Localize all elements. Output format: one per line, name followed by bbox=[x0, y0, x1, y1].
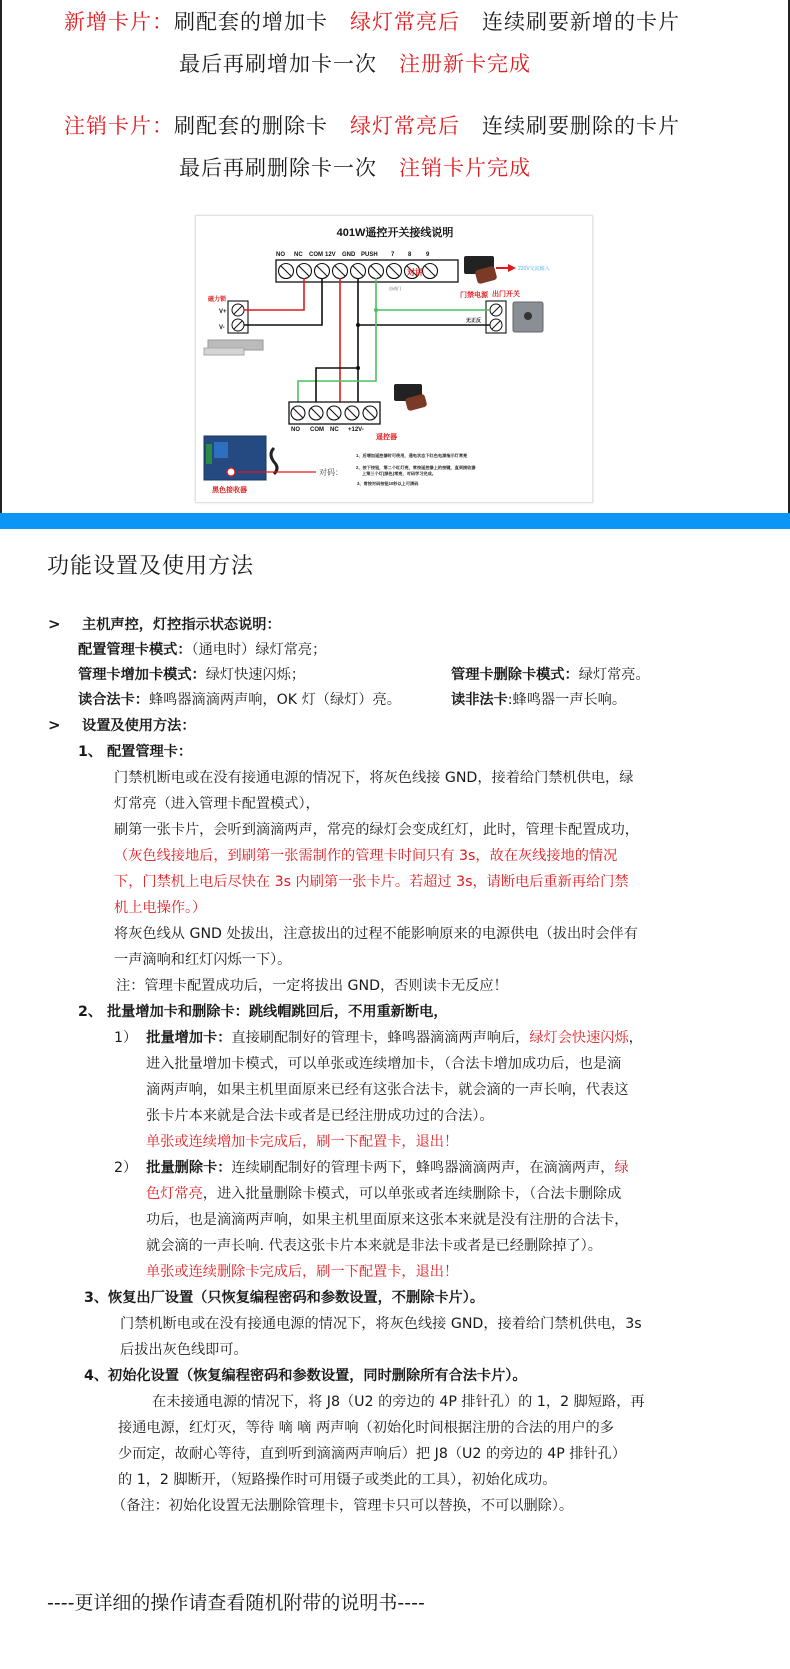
ac-input-label: 220V交流输入 bbox=[518, 265, 550, 272]
step2-sub2-line: 就会滴的一声长响. 代表这张卡片本来就是非法卡或者是已经删除掉了）。 bbox=[146, 1237, 602, 1255]
top-terminal-labels: NO NC COM 12V GND PUSH 7 8 9 bbox=[276, 252, 430, 258]
svg-text:2、按下按钮，第二个红灯亮，常按遥控器上的按键，直到接收器: 2、按下按钮，第二个红灯亮，常按遥控器上的按键，直到接收器 bbox=[356, 464, 476, 471]
svg-text:PUSH: PUSH bbox=[361, 252, 378, 258]
step1-warning: 机上电操作。） bbox=[114, 899, 206, 917]
step3-line: 后拔出灰色线即可。 bbox=[120, 1341, 248, 1359]
delete-card-rule-line2: 最后再刷删除卡一次注销卡片完成 bbox=[179, 154, 531, 182]
step2-sub2-exit: 单张或连续删除卡完成后，刷一下配置卡，退出！ bbox=[146, 1263, 458, 1281]
step2-title: 2、 批量增加卡和删除卡：跳线帽跳回后，不用重新断电， bbox=[78, 1003, 448, 1021]
svg-text:NC: NC bbox=[294, 252, 303, 258]
remote-label: 遥控器 bbox=[376, 432, 397, 441]
step2-sub1-line: 张卡片本来就是合法卡或者是已经注册成功过的合法）。 bbox=[146, 1107, 494, 1125]
svg-text:NO: NO bbox=[276, 252, 285, 258]
svg-text:8: 8 bbox=[408, 252, 412, 258]
usage-heading: 设置及使用方法： bbox=[82, 717, 196, 735]
add-card-step3: 最后再刷增加卡一次 bbox=[179, 50, 377, 78]
svg-text:7: 7 bbox=[391, 252, 395, 258]
add-card-highlight1: 绿灯常亮后 bbox=[350, 8, 460, 36]
arrow-icon bbox=[508, 264, 516, 272]
step1-line: 灯常亮（进入管理卡配置模式）， bbox=[114, 795, 320, 813]
step2-sub1-line1: 1） 批量增加卡：直接刷配制好的管理卡，蜂鸣器滴滴两声响后，绿灯会快速闪烁， bbox=[114, 1029, 643, 1047]
add-card-step1: 刷配套的增加卡 bbox=[174, 8, 328, 36]
svg-text:3、常按对码按钮10秒以上可清码: 3、常按对码按钮10秒以上可清码 bbox=[357, 480, 419, 487]
step4-line: 接通电源，红灯灭，等待 嘀 嘀 两声响（初始化时间根据注册的合法的用户的多 bbox=[118, 1419, 614, 1437]
add-card-step2: 连续刷要新增的卡片 bbox=[482, 8, 680, 36]
read-invalid-row: 读非法卡:蜂鸣器一声长响。 bbox=[451, 691, 626, 709]
step2-sub2-line: 功后，也是滴滴两声响，如果主机里面原来这张本来就是没有注册的合法卡， bbox=[146, 1211, 628, 1229]
step1-warning: 下，门禁机上电后尽快在 3s 内刷第一张卡片。若超过 3s，请断电后重新再给门禁 bbox=[114, 873, 629, 891]
add-card-label: 新增卡片： bbox=[64, 8, 174, 36]
wiring-diagram: 401W遥控开关接线说明 NO NC COM 12V GND PUSH 7 8 … bbox=[195, 215, 593, 503]
add-mode-row: 管理卡增加卡模式：绿灯快速闪烁； bbox=[78, 666, 305, 684]
delete-mode-row: 管理卡删除卡模式：绿灯常亮。 bbox=[451, 666, 650, 684]
step3-title: 3、恢复出厂设置（只恢复编程密码和参数设置，不删除卡片）。 bbox=[84, 1289, 484, 1307]
bullet-arrow-icon: > bbox=[48, 615, 61, 633]
svg-text:COM: COM bbox=[310, 427, 324, 433]
delete-card-highlight1: 绿灯常亮后 bbox=[350, 112, 460, 140]
delete-card-label: 注销卡片： bbox=[64, 112, 174, 140]
section-divider-band bbox=[0, 513, 790, 529]
add-card-rule-line2: 最后再刷增加卡一次注册新卡完成 bbox=[179, 50, 531, 78]
delete-card-step2: 连续刷要删除的卡片 bbox=[482, 112, 680, 140]
svg-text:9: 9 bbox=[426, 252, 430, 258]
pair-label: 对码： bbox=[319, 467, 343, 477]
svg-text:V-: V- bbox=[219, 325, 225, 331]
svg-text:1、后增加遥控器时可使用，通电状态下红色电源指示灯常亮: 1、后增加遥控器时可使用，通电状态下红色电源指示灯常亮 bbox=[356, 452, 468, 459]
footer-note: ----更详细的操作请查看随机附带的说明书---- bbox=[47, 1590, 425, 1616]
svg-text:上第三个灯(绿色)常亮，对码学习完成。: 上第三个灯(绿色)常亮，对码学习完成。 bbox=[362, 470, 436, 477]
step1-line: 门禁机断电或在没有接通电源的情况下，将灰色线接 GND，接着给门禁机供电，绿 bbox=[114, 769, 633, 787]
read-valid-row: 读合法卡：蜂鸣器滴滴两声响，OK 灯（绿灯）亮。 bbox=[78, 691, 401, 709]
svg-text:NC: NC bbox=[330, 427, 339, 433]
step1-line: 刷第一张卡片，会听到滴滴两声，常亮的绿灯会变成红灯，此时，管理卡配置成功， bbox=[114, 821, 639, 839]
svg-text:GND: GND bbox=[342, 252, 356, 258]
step1-after: 将灰色线从 GND 处拔出，注意拔出的过程不能影响原来的电源供电（拔出时会伴有 bbox=[114, 925, 638, 943]
svg-text:12V: 12V bbox=[325, 252, 336, 258]
step4-line: 在未接通电源的情况下，将 J8（U2 的旁边的 4P 排针孔）的 1，2 脚短路… bbox=[152, 1393, 645, 1411]
step2-sub2-line1: 2） 批量删除卡：连续刷配制好的管理卡两下，蜂鸣器滴滴两声，在滴滴两声，绿 bbox=[114, 1159, 629, 1177]
section-title: 功能设置及使用方法 bbox=[47, 552, 254, 582]
step3-line: 门禁机断电或在没有接通电源的情况下，将灰色线接 GND，接着给门禁机供电，3s bbox=[120, 1315, 642, 1333]
step4-line: 少而定，故耐心等待，直到听到滴滴两声响后）把 J8（U2 的旁边的 4P 排针孔… bbox=[118, 1445, 626, 1463]
svg-text:+12V-: +12V- bbox=[348, 427, 364, 433]
delete-card-step3: 最后再刷删除卡一次 bbox=[179, 154, 377, 182]
bottom-terminal-labels: NO COM NC +12V- bbox=[291, 427, 364, 433]
config-mode-row: 配置管理卡模式：（通电时）绿灯常亮； bbox=[78, 641, 326, 659]
step1-after: 一声滴响和红灯闪烁一下）。 bbox=[114, 951, 291, 969]
card-rules-panel: 新增卡片：刷配套的增加卡绿灯常亮后连续刷要新增的卡片 最后再刷增加卡一次注册新卡… bbox=[0, 0, 790, 514]
receiver-label: 黑色接收器 bbox=[212, 485, 247, 494]
intercom-label: 对讲 bbox=[406, 267, 423, 277]
step2-sub2-line2: 色灯常亮，进入批量删除卡模式，可以单张或者连续删除卡，（合法卡删除成 bbox=[146, 1185, 621, 1203]
mag-lock-label: 磁力锁 bbox=[208, 295, 227, 303]
add-card-highlight2: 注册新卡完成 bbox=[399, 50, 531, 78]
step2-sub1-line: 滴两声响，如果主机里面原来已经有这张合法卡，就会滴的一声长响，代表这 bbox=[146, 1081, 628, 1099]
delete-card-rule-line1: 注销卡片：刷配套的删除卡绿灯常亮后连续刷要删除的卡片 bbox=[64, 112, 680, 140]
svg-text:无正反: 无正反 bbox=[466, 317, 481, 324]
step4-line: 的 1，2 脚断开，（短路操作时可用镊子或类此的工具），初始化成功。 bbox=[118, 1471, 557, 1489]
step4-title: 4、初始化设置（恢复编程密码和参数设置，同时删除所有合法卡片）。 bbox=[84, 1367, 527, 1385]
delete-card-step1: 刷配套的删除卡 bbox=[174, 112, 328, 140]
step2-sub1-exit: 单张或连续增加卡完成后，刷一下配置卡，退出！ bbox=[146, 1133, 458, 1151]
bullet-arrow-icon: > bbox=[48, 716, 61, 734]
power-label: 门禁电源 bbox=[460, 290, 489, 299]
step4-remark: （备注：初始化设置无法删除管理卡，管理卡只可以替换，不可以删除）。 bbox=[112, 1497, 573, 1515]
svg-text:COM: COM bbox=[309, 252, 323, 258]
auto-door-label: 自动门 bbox=[389, 285, 401, 291]
step1-note: 注：管理卡配置成功后，一定将拔出 GND，否则读卡无反应！ bbox=[116, 977, 508, 995]
step1-warning: （灰色线接地后，到刷第一张需制作的管理卡时间只有 3s，故在灰线接地的情况 bbox=[114, 847, 617, 865]
diagram-notes: 1、后增加遥控器时可使用，通电状态下红色电源指示灯常亮 2、按下按钮，第二个红灯… bbox=[356, 452, 476, 487]
step1-title: 1、 配置管理卡： bbox=[78, 743, 192, 761]
exit-switch-label: 出门开关 bbox=[492, 289, 520, 298]
svg-text:NO: NO bbox=[291, 427, 300, 433]
svg-text:V+: V+ bbox=[219, 309, 227, 315]
diagram-title: 401W遥控开关接线说明 bbox=[337, 225, 454, 239]
delete-card-highlight2: 注销卡片完成 bbox=[399, 154, 531, 182]
status-heading: 主机声控，灯控指示状态说明： bbox=[82, 616, 281, 634]
step2-sub1-line: 进入批量增加卡模式，可以单张或连续增加卡，（合法卡增加成功后，也是滴 bbox=[146, 1055, 621, 1073]
add-card-rule-line1: 新增卡片：刷配套的增加卡绿灯常亮后连续刷要新增的卡片 bbox=[64, 8, 680, 36]
